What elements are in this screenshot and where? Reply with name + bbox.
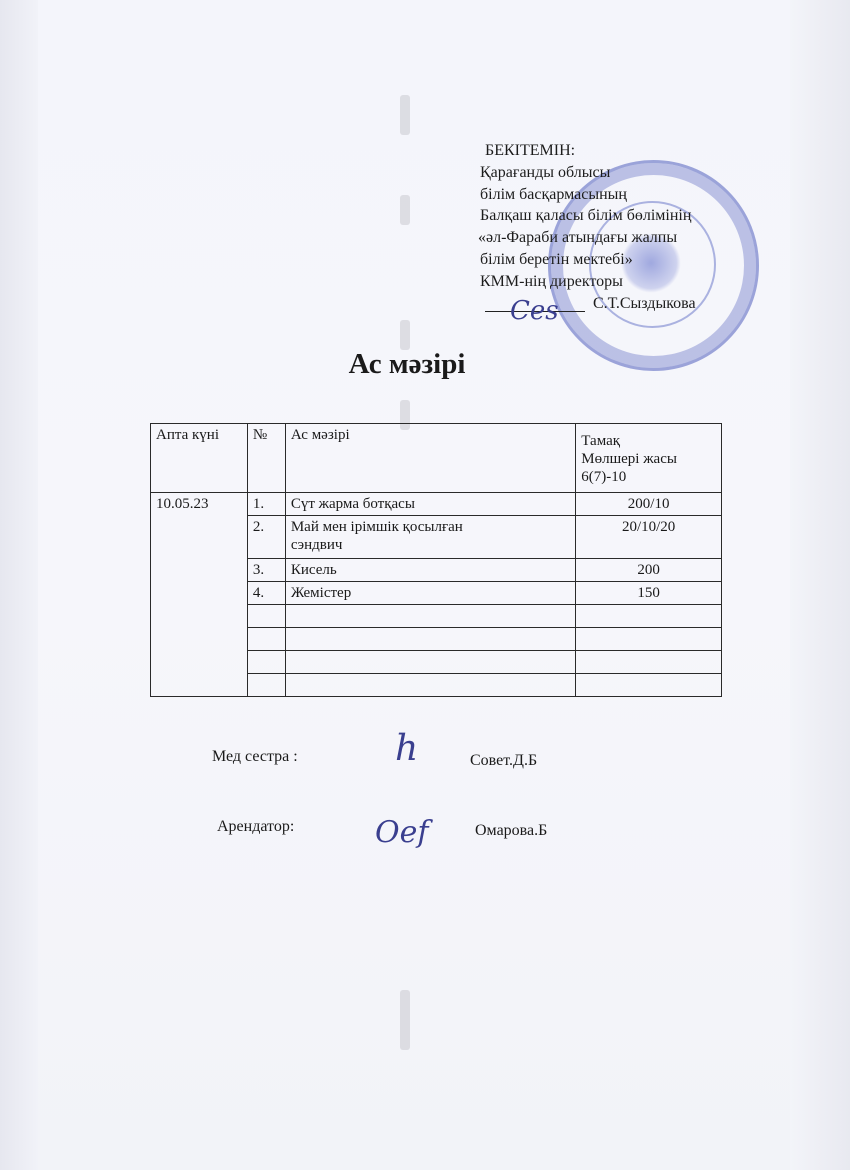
- empty-cell: [247, 674, 285, 697]
- tenant-label: Арендатор:: [217, 818, 294, 836]
- date-cell: 10.05.23: [151, 493, 248, 697]
- punch-hole-mark: [400, 320, 410, 350]
- dish-name: Кисель: [285, 559, 575, 582]
- scan-edge-left: [0, 0, 38, 1170]
- empty-cell: [576, 651, 722, 674]
- punch-hole-mark: [400, 95, 410, 135]
- tenant-name: Омарова.Б: [475, 822, 547, 840]
- empty-cell: [285, 674, 575, 697]
- nurse-signature: ℎ: [395, 728, 418, 769]
- menu-table: Апта күні № Ас мәзірі Тамақ Мөлшері жасы…: [150, 423, 722, 697]
- director-name: С.Т.Сыздыкова: [593, 293, 696, 315]
- tenant-signature: Оеf: [375, 815, 428, 850]
- dish-name: Сүт жарма ботқасы: [285, 493, 575, 516]
- approval-heading: БЕКІТЕМІН:: [485, 140, 765, 162]
- nurse-name: Совет.Д.Б: [470, 752, 537, 770]
- punch-hole-mark: [400, 990, 410, 1050]
- amount: 200: [576, 559, 722, 582]
- director-signature: Сеѕ: [510, 296, 559, 326]
- empty-cell: [576, 605, 722, 628]
- amount: 200/10: [576, 493, 722, 516]
- amount: 150: [576, 582, 722, 605]
- empty-cell: [285, 651, 575, 674]
- empty-cell: [576, 628, 722, 651]
- amount: 20/10/20: [576, 516, 722, 559]
- page-title: Ас мәзірі: [0, 348, 850, 381]
- approval-line: КММ-нің директоры: [480, 271, 765, 293]
- header-amount: Тамақ Мөлшері жасы 6(7)-10: [576, 424, 722, 493]
- approval-line: білім басқармасының: [480, 184, 765, 206]
- table-row: 10.05.23 1. Сүт жарма ботқасы 200/10: [151, 493, 722, 516]
- punch-hole-mark: [400, 195, 410, 225]
- approval-line: «әл-Фараби атындағы жалпы: [478, 227, 765, 249]
- row-number: 2.: [247, 516, 285, 559]
- dish-name: Жемістер: [285, 582, 575, 605]
- dish-name: Май мен ірімшік қосылған сэндвич: [285, 516, 575, 559]
- empty-cell: [576, 674, 722, 697]
- nurse-label: Мед сестра :: [212, 748, 298, 766]
- row-number: 4.: [247, 582, 285, 605]
- approval-line: білім беретін мектебі»: [480, 249, 765, 271]
- header-amount-line1: Тамақ: [581, 432, 716, 450]
- header-day: Апта күні: [151, 424, 248, 493]
- header-num: №: [247, 424, 285, 493]
- header-dish: Ас мәзірі: [285, 424, 575, 493]
- scan-edge-right: [790, 0, 850, 1170]
- header-amount-line2: Мөлшері жасы: [581, 450, 716, 468]
- empty-cell: [247, 651, 285, 674]
- header-amount-line3: 6(7)-10: [581, 468, 716, 486]
- table-header-row: Апта күні № Ас мәзірі Тамақ Мөлшері жасы…: [151, 424, 722, 493]
- approval-block: БЕКІТЕМІН: Қарағанды облысы білім басқар…: [485, 140, 765, 315]
- empty-cell: [247, 605, 285, 628]
- empty-cell: [285, 605, 575, 628]
- row-number: 1.: [247, 493, 285, 516]
- approval-line: Балқаш қаласы білім бөлімінің: [480, 205, 765, 227]
- page-title-text: Ас мәзірі: [349, 348, 466, 380]
- row-number: 3.: [247, 559, 285, 582]
- empty-cell: [247, 628, 285, 651]
- empty-cell: [285, 628, 575, 651]
- approval-line: Қарағанды облысы: [480, 162, 765, 184]
